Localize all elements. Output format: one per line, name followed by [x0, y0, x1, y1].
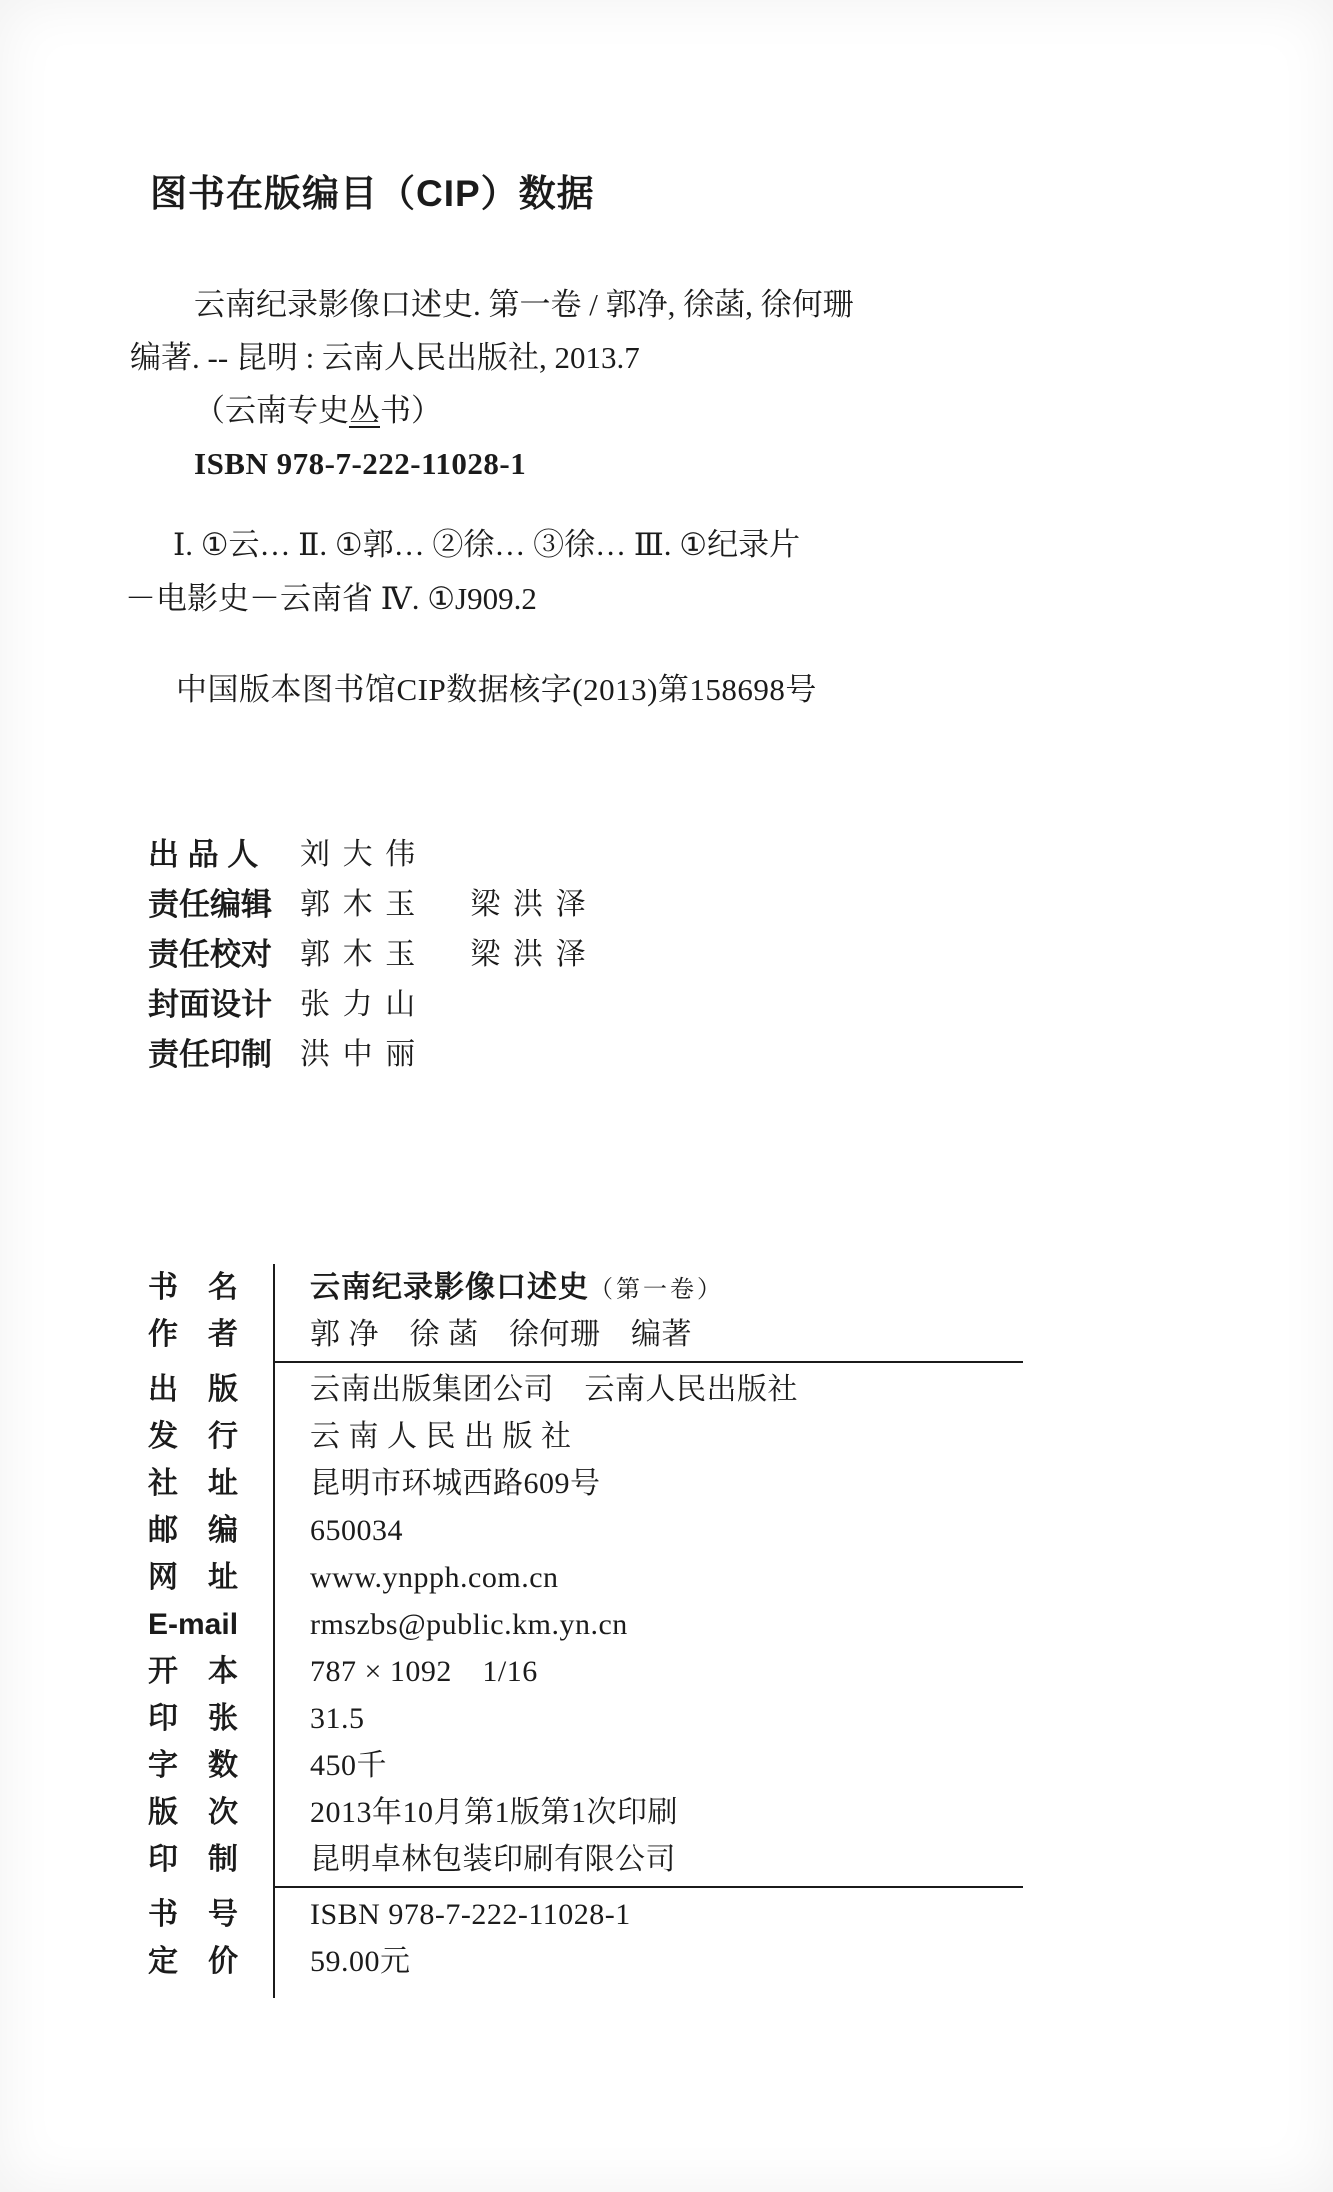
- cip-isbn-line: ISBN 978-7-222-11028-1: [130, 437, 890, 490]
- copyright-page: 图书在版编目（CIP）数据 云南纪录影像口述史. 第一卷 / 郭净, 徐菡, 徐…: [0, 0, 1333, 2192]
- staff-row-editor: 责任编辑郭木玉 梁洪泽: [0, 880, 900, 930]
- table-horizontal-rule-bottom: [273, 1886, 1023, 1888]
- cip-class-line2: －电影史－云南省 Ⅳ. ①J909.2: [125, 572, 925, 626]
- row-label: 作 者: [148, 1311, 310, 1358]
- table-row-postcode: 邮 编650034: [0, 1507, 1333, 1554]
- row-value: 云 南 人 民 出 版 社: [310, 1420, 572, 1453]
- row-value: 郭 净 徐 菡 徐何珊 编著: [310, 1318, 692, 1351]
- table-row-printer: 印 制昆明卓林包装印刷有限公司: [0, 1836, 1333, 1883]
- row-value: rmszbs@public.km.yn.cn: [310, 1608, 628, 1641]
- staff-row-print-supervisor: 责任印制洪中丽: [0, 1030, 900, 1080]
- table-row-format: 开 本787 × 1092 1/16: [0, 1648, 1333, 1695]
- staff-names: 张力山: [300, 988, 428, 1021]
- staff-label: 责任校对: [148, 930, 300, 980]
- row-label: E-mail: [148, 1601, 310, 1648]
- cip-heading: 图书在版编目（CIP）数据: [150, 172, 595, 216]
- table-row-price: 定 价59.00元: [0, 1938, 1333, 1985]
- table-row-edition: 版 次2013年10月第1版第1次印刷: [0, 1789, 1333, 1836]
- row-label: 出 版: [148, 1366, 310, 1413]
- table-row-authors: 作 者郭 净 徐 菡 徐何珊 编著: [0, 1311, 1333, 1358]
- staff-label: 责任印制: [148, 1030, 300, 1080]
- table-row-isbn: 书 号ISBN 978-7-222-11028-1: [0, 1891, 1333, 1938]
- table-row-email: E-mailrmszbs@public.km.yn.cn: [0, 1601, 1333, 1648]
- row-label: 网 址: [148, 1554, 310, 1601]
- row-value: www.ynpph.com.cn: [310, 1561, 559, 1594]
- cip-record-line: 中国版本图书馆CIP数据核字(2013)第158698号: [176, 664, 817, 709]
- row-label: 书 号: [148, 1891, 310, 1938]
- row-label: 发 行: [148, 1413, 310, 1460]
- staff-label: 责任编辑: [148, 880, 300, 930]
- table-horizontal-rule-top: [273, 1361, 1023, 1363]
- row-value: 31.5: [310, 1702, 365, 1735]
- row-label: 印 制: [148, 1836, 310, 1883]
- row-value: 650034: [310, 1514, 403, 1547]
- staff-label: 出 品 人: [148, 830, 300, 880]
- row-value: 2013年10月第1版第1次印刷: [310, 1796, 678, 1829]
- cip-classification: Ⅰ. ①云… Ⅱ. ①郭… ②徐… ③徐… Ⅲ. ①纪录片 －电影史－云南省 Ⅳ…: [125, 518, 925, 626]
- staff-names: 郭木玉 梁洪泽: [300, 938, 598, 971]
- staff-row-cover-designer: 封面设计张力山: [0, 980, 900, 1030]
- table-row-book-title: 书 名云南纪录影像口述史（第一卷）: [0, 1264, 1333, 1311]
- table-row-distributor: 发 行云 南 人 民 出 版 社: [0, 1413, 1333, 1460]
- row-value: 59.00元: [310, 1945, 411, 1978]
- row-value: 787 × 1092 1/16: [310, 1655, 538, 1688]
- cip-description: 云南纪录影像口述史. 第一卷 / 郭净, 徐菡, 徐何珊 编著. -- 昆明 :…: [130, 278, 890, 490]
- cip-class-line1: Ⅰ. ①云… Ⅱ. ①郭… ②徐… ③徐… Ⅲ. ①纪录片: [125, 518, 925, 572]
- row-value: 云南出版集团公司 云南人民出版社: [310, 1373, 798, 1406]
- row-label: 书 名: [148, 1264, 310, 1311]
- row-label: 印 张: [148, 1695, 310, 1742]
- table-row-wordcount: 字 数450千: [0, 1742, 1333, 1789]
- table-row-website: 网 址www.ynpph.com.cn: [0, 1554, 1333, 1601]
- row-label: 字 数: [148, 1742, 310, 1789]
- row-value: 450千: [310, 1749, 387, 1782]
- cip-series-suffix: 书）: [380, 393, 442, 428]
- cip-desc-line2: 编著. -- 昆明 : 云南人民出版社, 2013.7: [130, 331, 890, 384]
- row-value: 昆明卓林包装印刷有限公司: [310, 1843, 676, 1876]
- staff-row-proofreader: 责任校对郭木玉 梁洪泽: [0, 930, 900, 980]
- staff-names: 郭木玉 梁洪泽: [300, 888, 598, 921]
- row-label: 社 址: [148, 1460, 310, 1507]
- cip-series-prefix: （云南专史: [194, 393, 349, 428]
- table-row-address: 社 址昆明市环城西路609号: [0, 1460, 1333, 1507]
- table-row-publisher: 出 版云南出版集团公司 云南人民出版社: [0, 1366, 1333, 1413]
- row-label: 版 次: [148, 1789, 310, 1836]
- book-volume: （第一卷）: [589, 1277, 724, 1303]
- staff-label: 封面设计: [148, 980, 300, 1030]
- row-label: 邮 编: [148, 1507, 310, 1554]
- row-label: 定 价: [148, 1938, 310, 1985]
- staff-row-publisher: 出 品 人刘大伟: [0, 830, 900, 880]
- row-value: ISBN 978-7-222-11028-1: [310, 1898, 631, 1931]
- staff-names: 洪中丽: [300, 1038, 428, 1071]
- row-value: 昆明市环城西路609号: [310, 1467, 601, 1500]
- staff-names: 刘大伟: [300, 838, 428, 871]
- cip-series-underlined-char: 丛: [349, 393, 380, 428]
- row-label: 开 本: [148, 1648, 310, 1695]
- book-title: 云南纪录影像口述史: [310, 1271, 589, 1304]
- table-row-sheets: 印 张31.5: [0, 1695, 1333, 1742]
- publication-table: 书 名云南纪录影像口述史（第一卷） 作 者郭 净 徐 菡 徐何珊 编著 出 版云…: [0, 1264, 1333, 1985]
- cip-desc-line1: 云南纪录影像口述史. 第一卷 / 郭净, 徐菡, 徐何珊: [130, 278, 890, 331]
- staff-credits: 出 品 人刘大伟 责任编辑郭木玉 梁洪泽 责任校对郭木玉 梁洪泽 封面设计张力山…: [0, 830, 900, 1080]
- cip-series-line: （云南专史丛书）: [130, 384, 890, 437]
